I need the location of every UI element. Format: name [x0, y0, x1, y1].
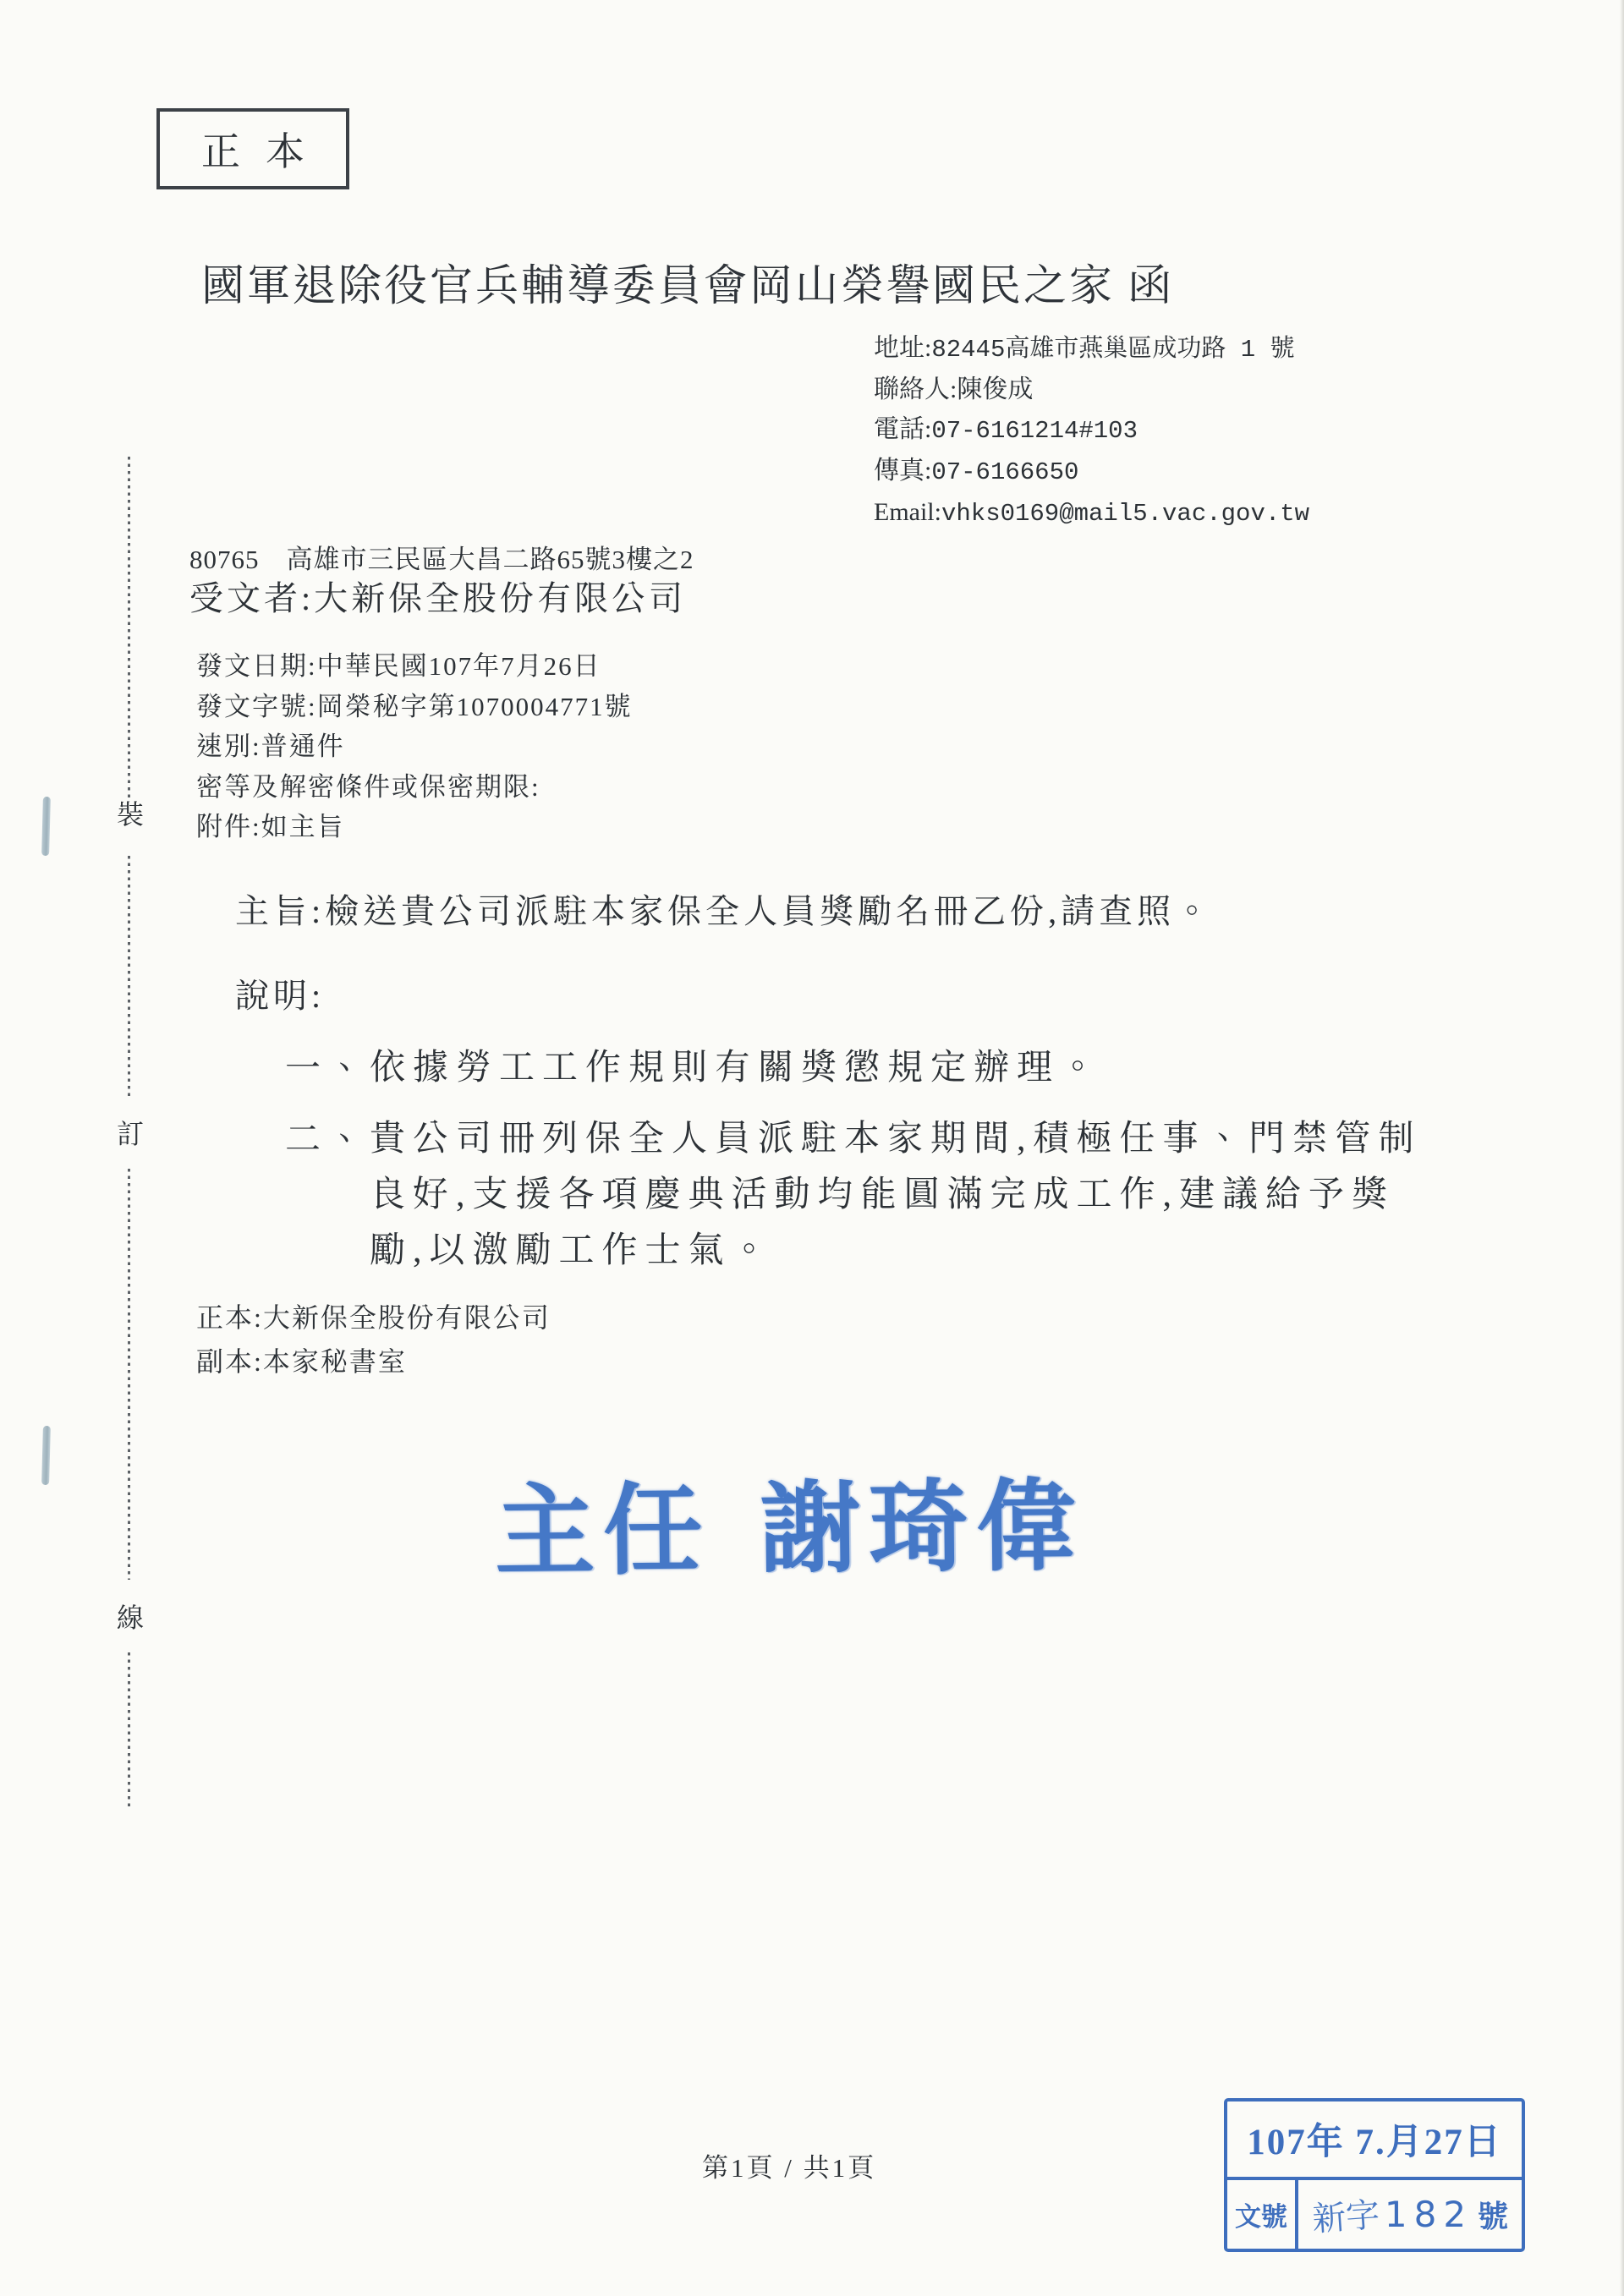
signer-title: 主任	[494, 1476, 711, 1589]
item-text: 依據勞工工作規則有關獎懲規定辦理。	[370, 1040, 1103, 1096]
recipient-line: 受文者:大新保全股份有限公司	[189, 572, 686, 620]
scanned-official-letter: 正本 國軍退除役官兵輔導委員會岡山榮譽國民之家 函 地址:82445高雄市燕巢區…	[0, 0, 1624, 2296]
meta-doc-number: 發文字號:岡榮秘字第1070004771號	[196, 687, 633, 727]
staple-mark-bottom	[41, 1426, 51, 1485]
doc-number-handwritten-prefix: 新字	[1310, 2188, 1381, 2240]
doc-number-label: 文號	[1227, 2180, 1298, 2249]
item-marker: 二、	[285, 1111, 370, 1162]
contact-address: 地址:82445高雄市燕巢區成功路 1 號	[874, 328, 1309, 370]
contact-person: 聯絡人:陳俊成	[874, 370, 1309, 409]
contact-email: Email:vhks0169@mail5.vac.gov.tw	[874, 492, 1309, 534]
doc-number-digits: 182	[1385, 2194, 1473, 2235]
page-number-footer: 第1頁 / 共1頁	[702, 2146, 876, 2184]
meta-security-class: 密等及解密條件或保密期限:	[196, 767, 633, 808]
binding-label-xian: 線	[113, 1597, 147, 1636]
meta-issue-date: 發文日期:中華民國107年7月26日	[196, 646, 633, 687]
copy-type-box: 正本	[156, 108, 349, 189]
binding-dotted-line-seg1	[128, 457, 130, 802]
recipient-postal-address: 80765 高雄市三民區大昌二路65號3樓之2	[189, 538, 694, 576]
doc-number-value: 新字 182 號	[1298, 2180, 1522, 2249]
staple-mark-top	[41, 797, 51, 856]
doc-number-suffix: 號	[1478, 2193, 1508, 2236]
subject-line: 主旨:檢送貴公司派駐本家保全人員獎勵名冊乙份,請查照。	[235, 885, 1213, 933]
contact-phone: 電話:07-6161214#103	[874, 409, 1309, 451]
director-signature-stamp: 主任謝琦偉	[494, 1444, 1189, 1596]
contact-fax: 傳真:07-6166650	[874, 451, 1309, 492]
binding-dotted-line-seg2	[128, 856, 130, 1099]
signer-name: 謝琦偉	[760, 1471, 1085, 1586]
document-meta-block: 發文日期:中華民國107年7月26日 發文字號:岡榮秘字第1070004771號…	[196, 646, 633, 847]
binding-dotted-line-seg4	[128, 1652, 130, 1810]
copy-type-label: 正本	[176, 121, 330, 177]
received-date: 107年 7.月27日	[1227, 2101, 1522, 2177]
binding-dotted-line-seg3	[128, 1169, 130, 1580]
binding-label-zhuang: 裝	[113, 793, 147, 832]
item-marker: 一、	[285, 1040, 370, 1091]
meta-speed-class: 速別:普通件	[196, 726, 633, 767]
item-text: 貴公司冊列保全人員派駐本家期間,積極任事、門禁管制良好,支援各項慶典活動均能圓滿…	[370, 1111, 1429, 1279]
received-date-stamp: 107年 7.月27日 文號 新字 182 號	[1224, 2098, 1525, 2252]
document-title: 國軍退除役官兵輔導委員會岡山榮譽國民之家 函	[201, 250, 1174, 313]
explanation-heading: 說明:	[235, 969, 325, 1017]
received-doc-number-row: 文號 新字 182 號	[1227, 2177, 1522, 2249]
agency-contact-block: 地址:82445高雄市燕巢區成功路 1 號 聯絡人:陳俊成 電話:07-6161…	[874, 328, 1309, 534]
distribution-copy: 副本:本家秘書室	[196, 1340, 551, 1384]
explanation-item-1: 一、 依據勞工工作規則有關獎懲規定辦理。	[285, 1040, 1103, 1096]
meta-attachment: 附件:如主旨	[196, 807, 633, 847]
explanation-item-2: 二、 貴公司冊列保全人員派駐本家期間,積極任事、門禁管制良好,支援各項慶典活動均…	[285, 1111, 1429, 1279]
distribution-original: 正本:大新保全股份有限公司	[196, 1296, 551, 1340]
binding-label-ding: 訂	[113, 1113, 147, 1152]
stamp-gap	[712, 1564, 761, 1564]
distribution-block: 正本:大新保全股份有限公司 副本:本家秘書室	[196, 1296, 551, 1384]
